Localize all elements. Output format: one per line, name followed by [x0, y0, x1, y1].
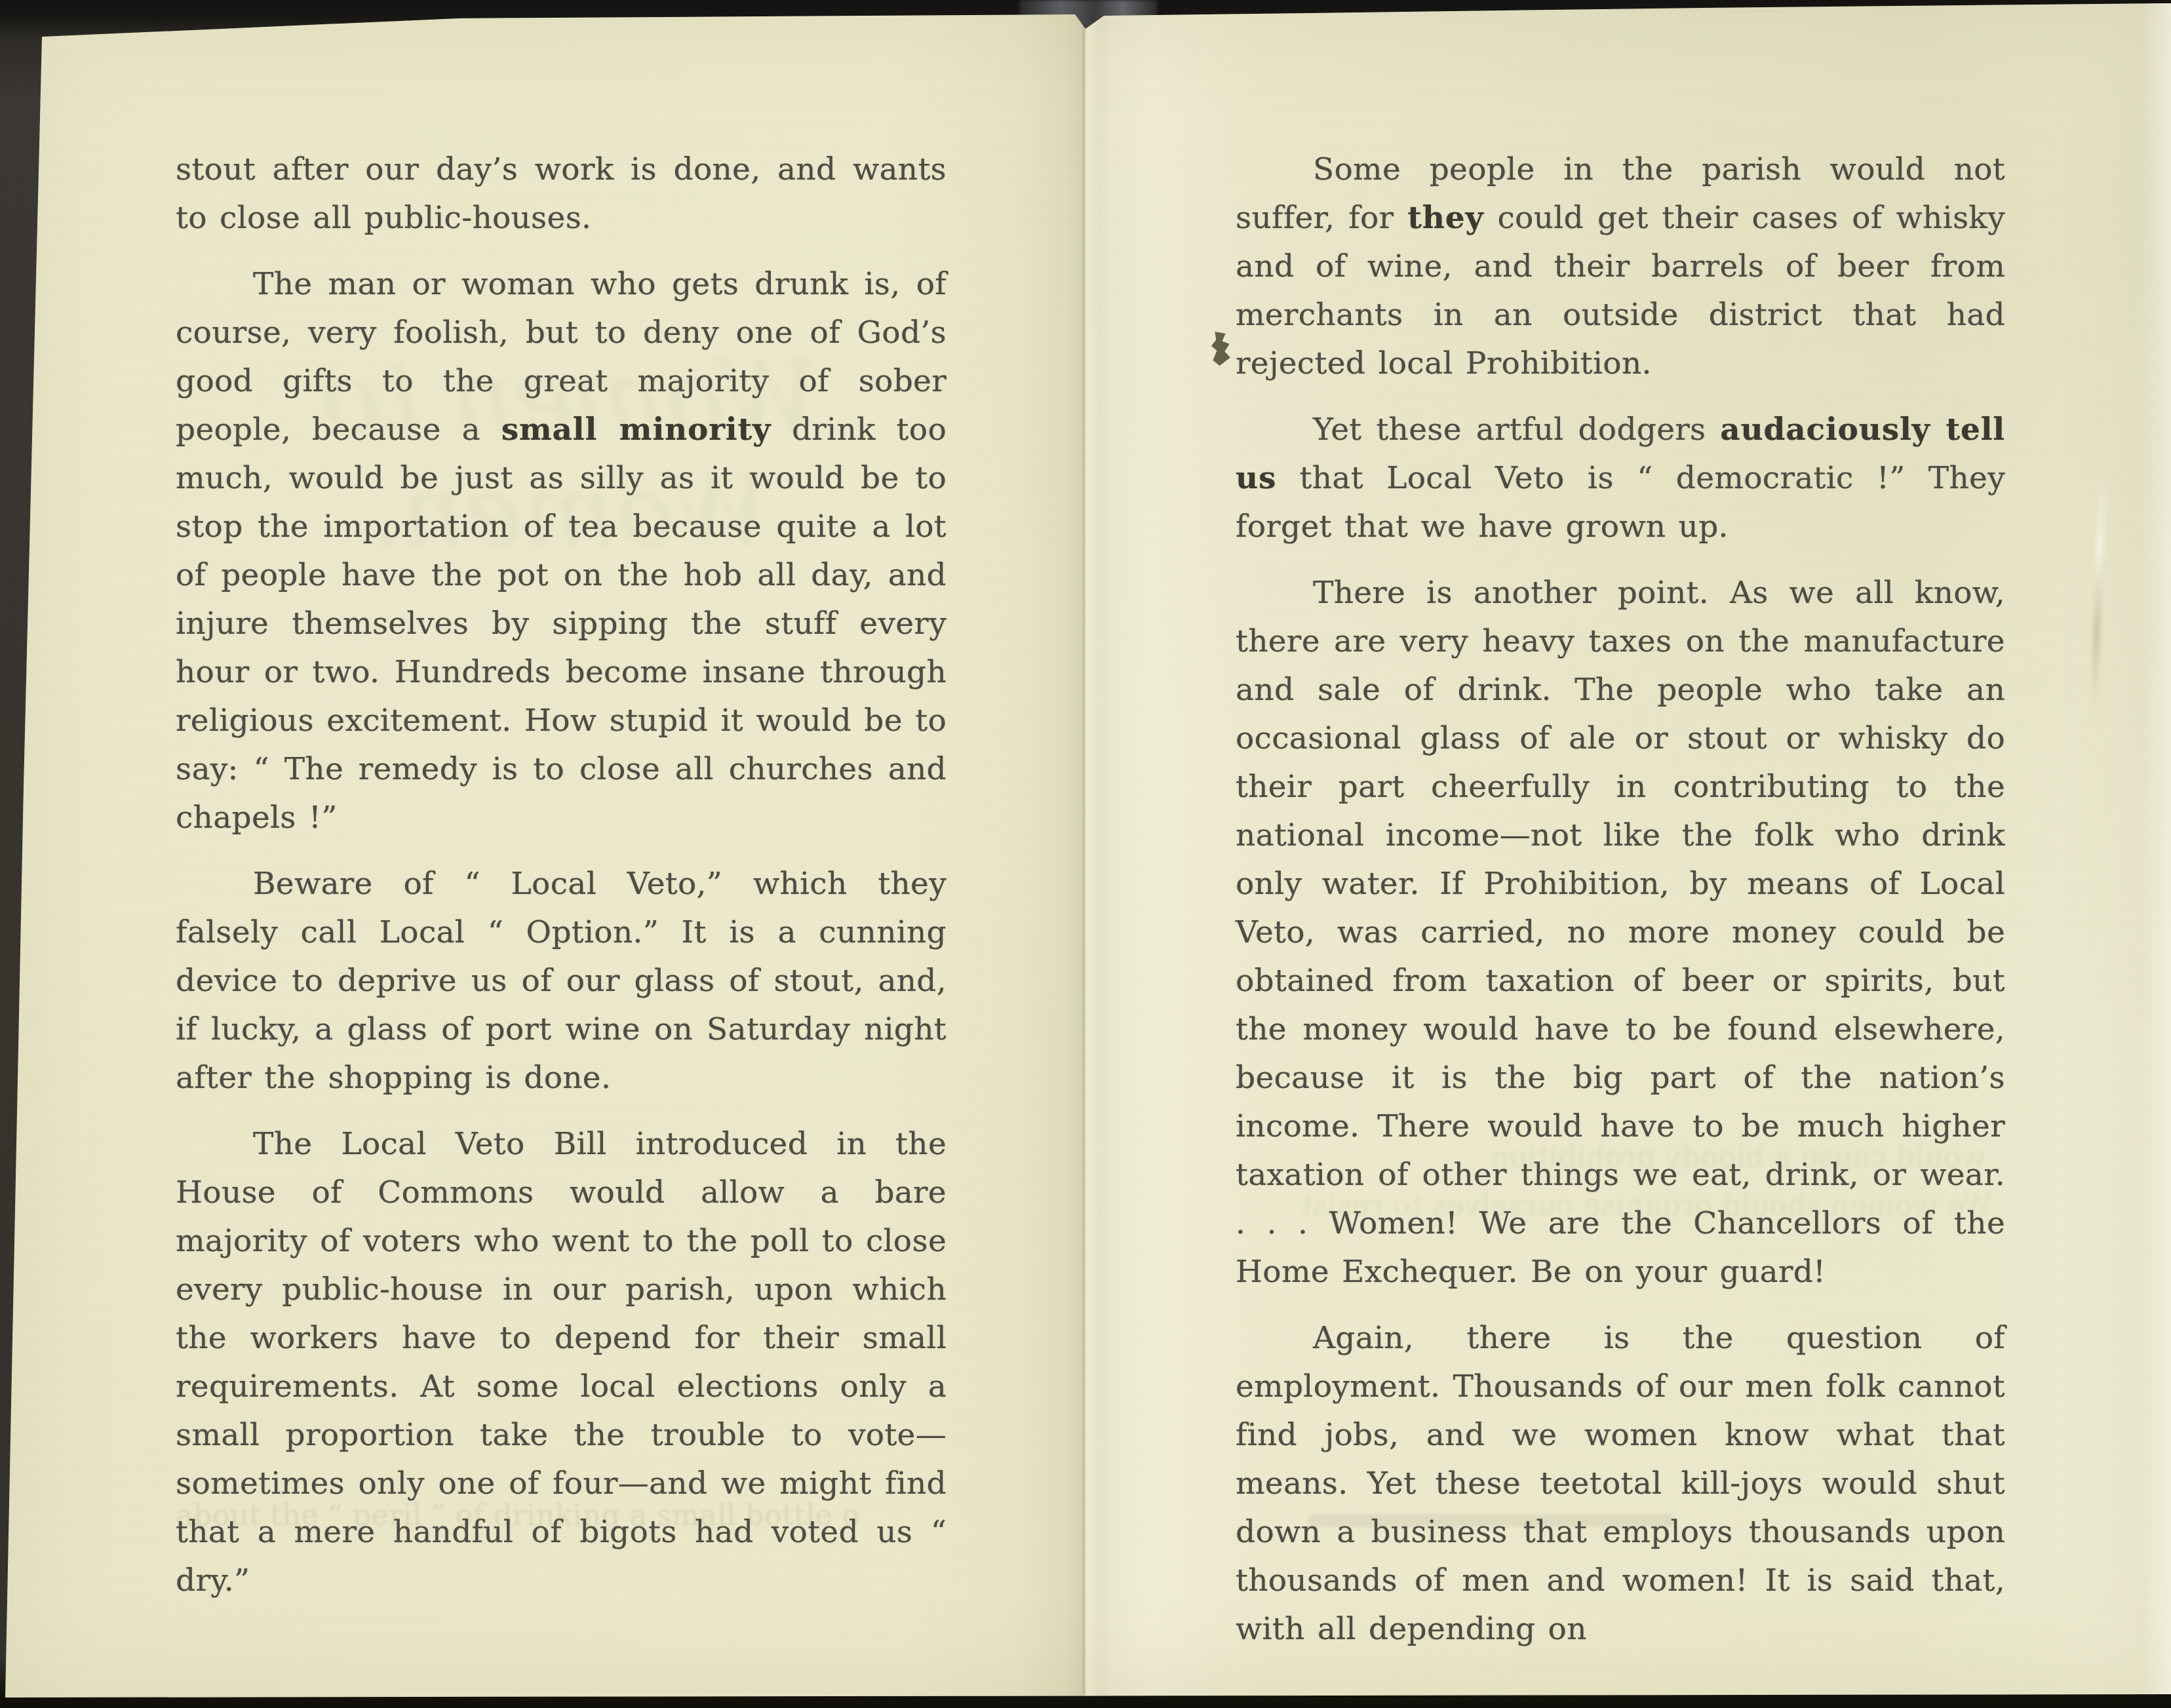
paragraph-text: Beware of “ Local Veto,” which they fals…: [176, 866, 947, 1096]
paragraph-text: The Local Veto Bill introduced in the Ho…: [176, 1126, 947, 1599]
paragraph: Yet these artful dodgers audaciously tel…: [1236, 406, 2005, 551]
paragraph: The man or woman who gets drunk is, of c…: [176, 260, 947, 842]
paragraph: Some people in the parish would not suff…: [1236, 146, 2005, 388]
bold-emphasis: they: [1407, 200, 1483, 236]
paragraph-text: There is another point. As we all know, …: [1236, 575, 2005, 1290]
ink-blot-mark: [1211, 332, 1231, 366]
left-page-text-column: stout after our day’s work is done, and …: [176, 146, 947, 1605]
paragraph-text: Again, there is the question of employme…: [1236, 1320, 2005, 1647]
paragraph: Again, there is the question of employme…: [1236, 1314, 2005, 1654]
bold-emphasis: small minority: [501, 412, 771, 448]
gutter-fold-shading: [1019, 13, 1150, 1698]
page-edge-crease: [2091, 472, 2106, 708]
paragraph-text: Yet these artful dodgers: [1313, 412, 1720, 448]
right-page-text-column: Some people in the parish would not suff…: [1236, 146, 2005, 1654]
scanned-booklet-photo: Women to Women. about the “ peril ” of d…: [0, 0, 2171, 1708]
paragraph: stout after our day’s work is done, and …: [176, 146, 947, 243]
open-page-spread: Women to Women. about the “ peril ” of d…: [0, 0, 2171, 1708]
paragraph: Beware of “ Local Veto,” which they fals…: [176, 860, 947, 1102]
page-right-edge-highlight: [2141, 0, 2171, 1698]
paragraph-text: stout after our day’s work is done, and …: [176, 151, 947, 236]
gutter-crease-line: [1083, 17, 1085, 1695]
paragraph-text: that Local Veto is “ democratic !” They …: [1236, 460, 2005, 545]
paragraph-text: drink too much, would be just as silly a…: [176, 412, 947, 836]
paragraph: There is another point. As we all know, …: [1236, 569, 2005, 1296]
paragraph: The Local Veto Bill introduced in the Ho…: [176, 1120, 947, 1605]
